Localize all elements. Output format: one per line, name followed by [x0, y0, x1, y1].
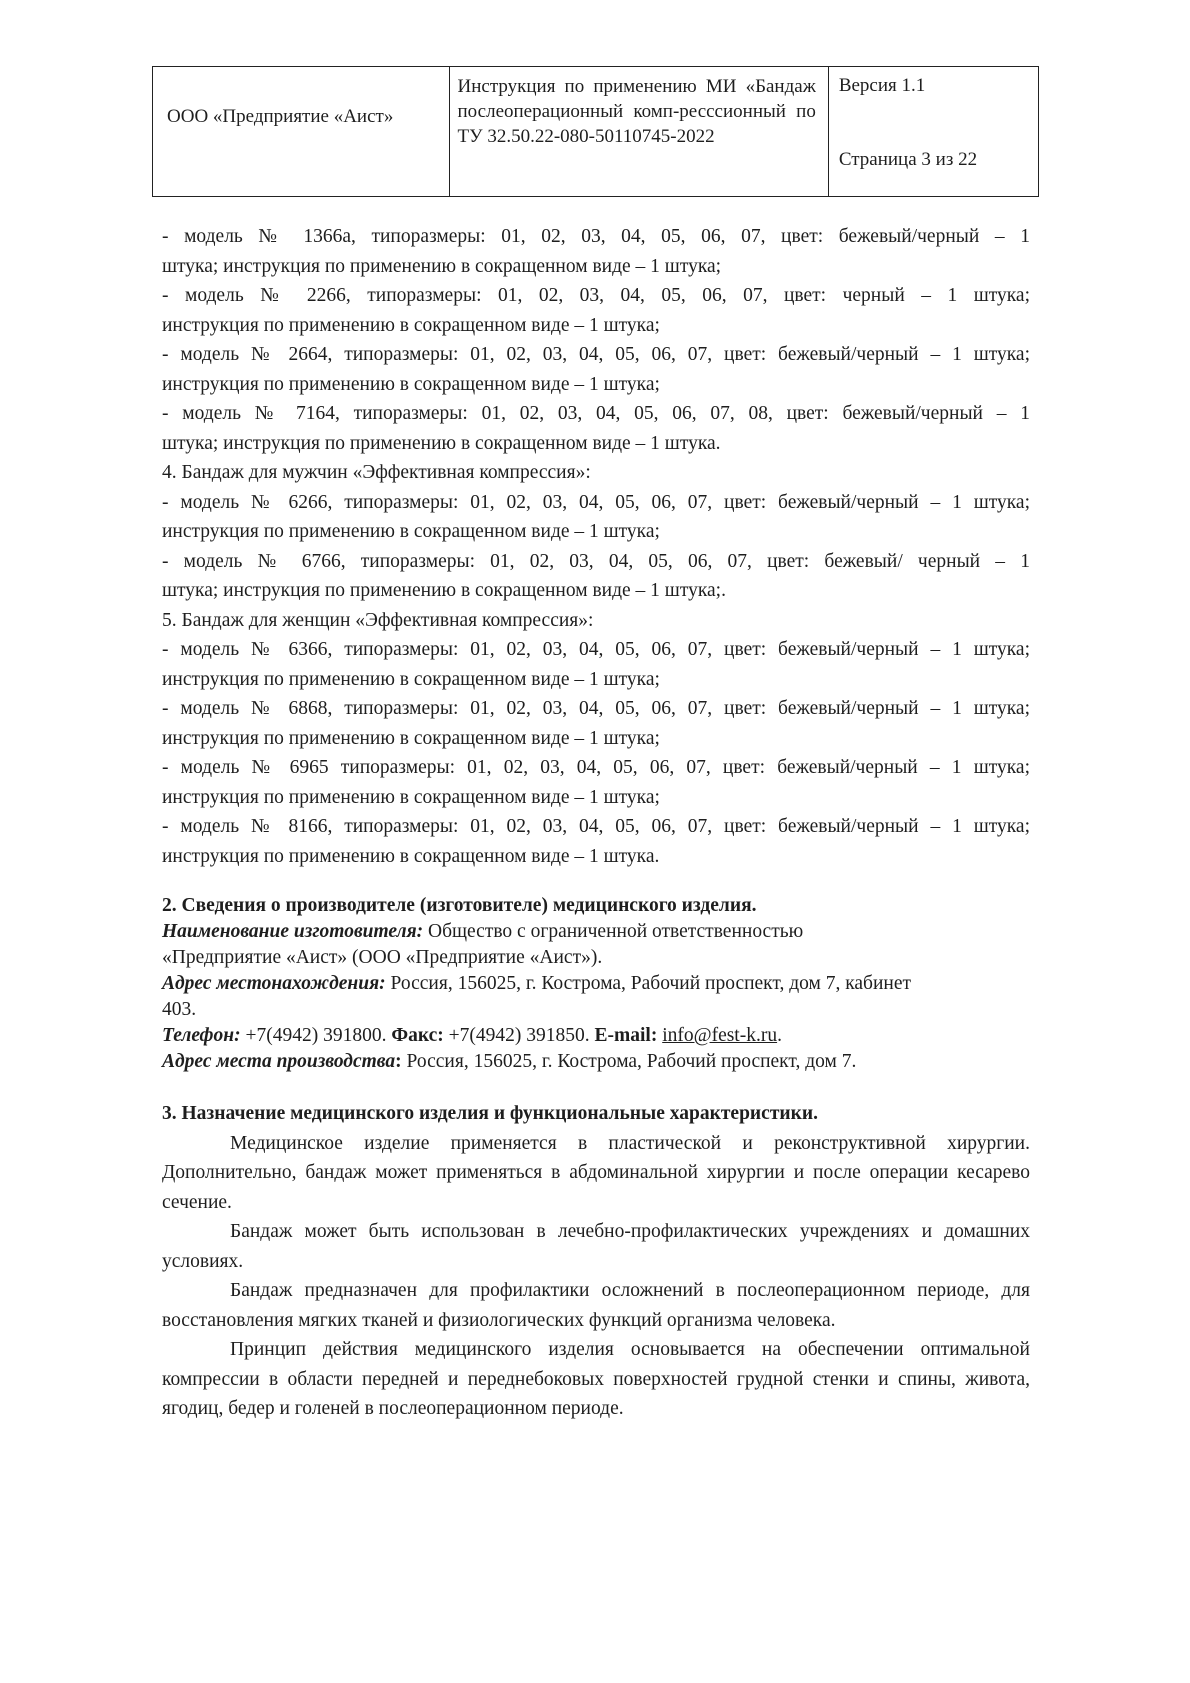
manufacturer-name-value-cont: «Предприятие «Аист» (ООО «Предприятие «А…: [162, 945, 1030, 971]
email-link[interactable]: info@fest-k.ru: [662, 1025, 777, 1046]
list-item: - модель № 6766, типоразмеры: 01, 02, 03…: [162, 547, 1030, 577]
email-suffix: .: [777, 1025, 782, 1046]
group-title: 4. Бандаж для мужчин «Эффективная компре…: [162, 458, 1030, 488]
list-item: инструкция по применению в сокращенном в…: [162, 311, 1030, 341]
list-item: - модель № 6366, типоразмеры: 01, 02, 03…: [162, 635, 1030, 665]
list-item: инструкция по применению в сокращенном в…: [162, 783, 1030, 813]
manufacturer-name-value: Общество с ограниченной ответственностью: [423, 921, 803, 942]
list-item: - модель № 7164, типоразмеры: 01, 02, 03…: [162, 399, 1030, 429]
section-manufacturer: 2. Сведения о производителе (изготовител…: [162, 893, 1030, 1075]
header-meta-cell: Версия 1.1 Страница 3 из 22: [828, 67, 1038, 197]
list-item: инструкция по применению в сокращенном в…: [162, 842, 1030, 872]
models-list: - модель № 1366а, типоразмеры: 01, 02, 0…: [162, 222, 1030, 871]
list-item: штука; инструкция по применению в сокращ…: [162, 576, 1030, 606]
fax-label: Факс:: [391, 1025, 443, 1046]
list-item: штука; инструкция по применению в сокращ…: [162, 429, 1030, 459]
email-label: E-mail:: [595, 1025, 658, 1046]
list-item: - модель № 1366а, типоразмеры: 01, 02, 0…: [162, 222, 1030, 252]
address-value-cont: 403.: [162, 997, 1030, 1023]
header-title-cell: Инструкция по применению МИ «Бандаж посл…: [449, 67, 828, 197]
list-item: штука; инструкция по применению в сокращ…: [162, 252, 1030, 282]
address-label: Адрес местонахождения:: [162, 973, 386, 994]
phone-label: Телефон:: [162, 1025, 241, 1046]
address-value: Россия, 156025, г. Кострома, Рабочий про…: [386, 973, 911, 994]
production-address-value: Россия, 156025, г. Кострома, Рабочий про…: [402, 1051, 857, 1072]
paragraph: Принцип действия медицинского изделия ос…: [162, 1335, 1030, 1424]
list-item: - модель № 2266, типоразмеры: 01, 02, 03…: [162, 281, 1030, 311]
list-item: инструкция по применению в сокращенном в…: [162, 370, 1030, 400]
organization-name: ООО «Предприятие «Аист»: [153, 67, 449, 129]
document-header-table: ООО «Предприятие «Аист» Инструкция по пр…: [152, 66, 1039, 197]
header-organization-cell: ООО «Предприятие «Аист»: [153, 67, 450, 197]
manufacturer-name-label: Наименование изготовителя:: [162, 921, 423, 942]
paragraph: Бандаж может быть использован в лечебно-…: [162, 1217, 1030, 1276]
document-body: - модель № 1366а, типоразмеры: 01, 02, 0…: [162, 222, 1030, 1424]
list-item: - модель № 6965 типоразмеры: 01, 02, 03,…: [162, 753, 1030, 783]
document-title: Инструкция по применению МИ «Бандаж посл…: [450, 67, 828, 149]
section-heading: 2. Сведения о производителе (изготовител…: [162, 893, 1030, 919]
list-item: инструкция по применению в сокращенном в…: [162, 517, 1030, 547]
version-label: Версия 1.1: [839, 73, 925, 98]
group-title: 5. Бандаж для женщин «Эффективная компре…: [162, 606, 1030, 636]
section-purpose: 3. Назначение медицинского изделия и фун…: [162, 1099, 1030, 1424]
production-address-label: Адрес места производства: [162, 1051, 395, 1072]
paragraph: Медицинское изделие применяется в пласти…: [162, 1129, 1030, 1218]
list-item: - модель № 8166, типоразмеры: 01, 02, 03…: [162, 812, 1030, 842]
list-item: инструкция по применению в сокращенном в…: [162, 724, 1030, 754]
paragraph: Бандаж предназначен для профилактики осл…: [162, 1276, 1030, 1335]
page-number: Страница 3 из 22: [839, 147, 977, 172]
fax-value: +7(4942) 391850.: [444, 1025, 595, 1046]
phone-value: +7(4942) 391800.: [241, 1025, 392, 1046]
list-item: - модель № 6266, типоразмеры: 01, 02, 03…: [162, 488, 1030, 518]
list-item: - модель № 2664, типоразмеры: 01, 02, 03…: [162, 340, 1030, 370]
section-heading: 3. Назначение медицинского изделия и фун…: [162, 1099, 1030, 1129]
list-item: инструкция по применению в сокращенном в…: [162, 665, 1030, 695]
list-item: - модель № 6868, типоразмеры: 01, 02, 03…: [162, 694, 1030, 724]
